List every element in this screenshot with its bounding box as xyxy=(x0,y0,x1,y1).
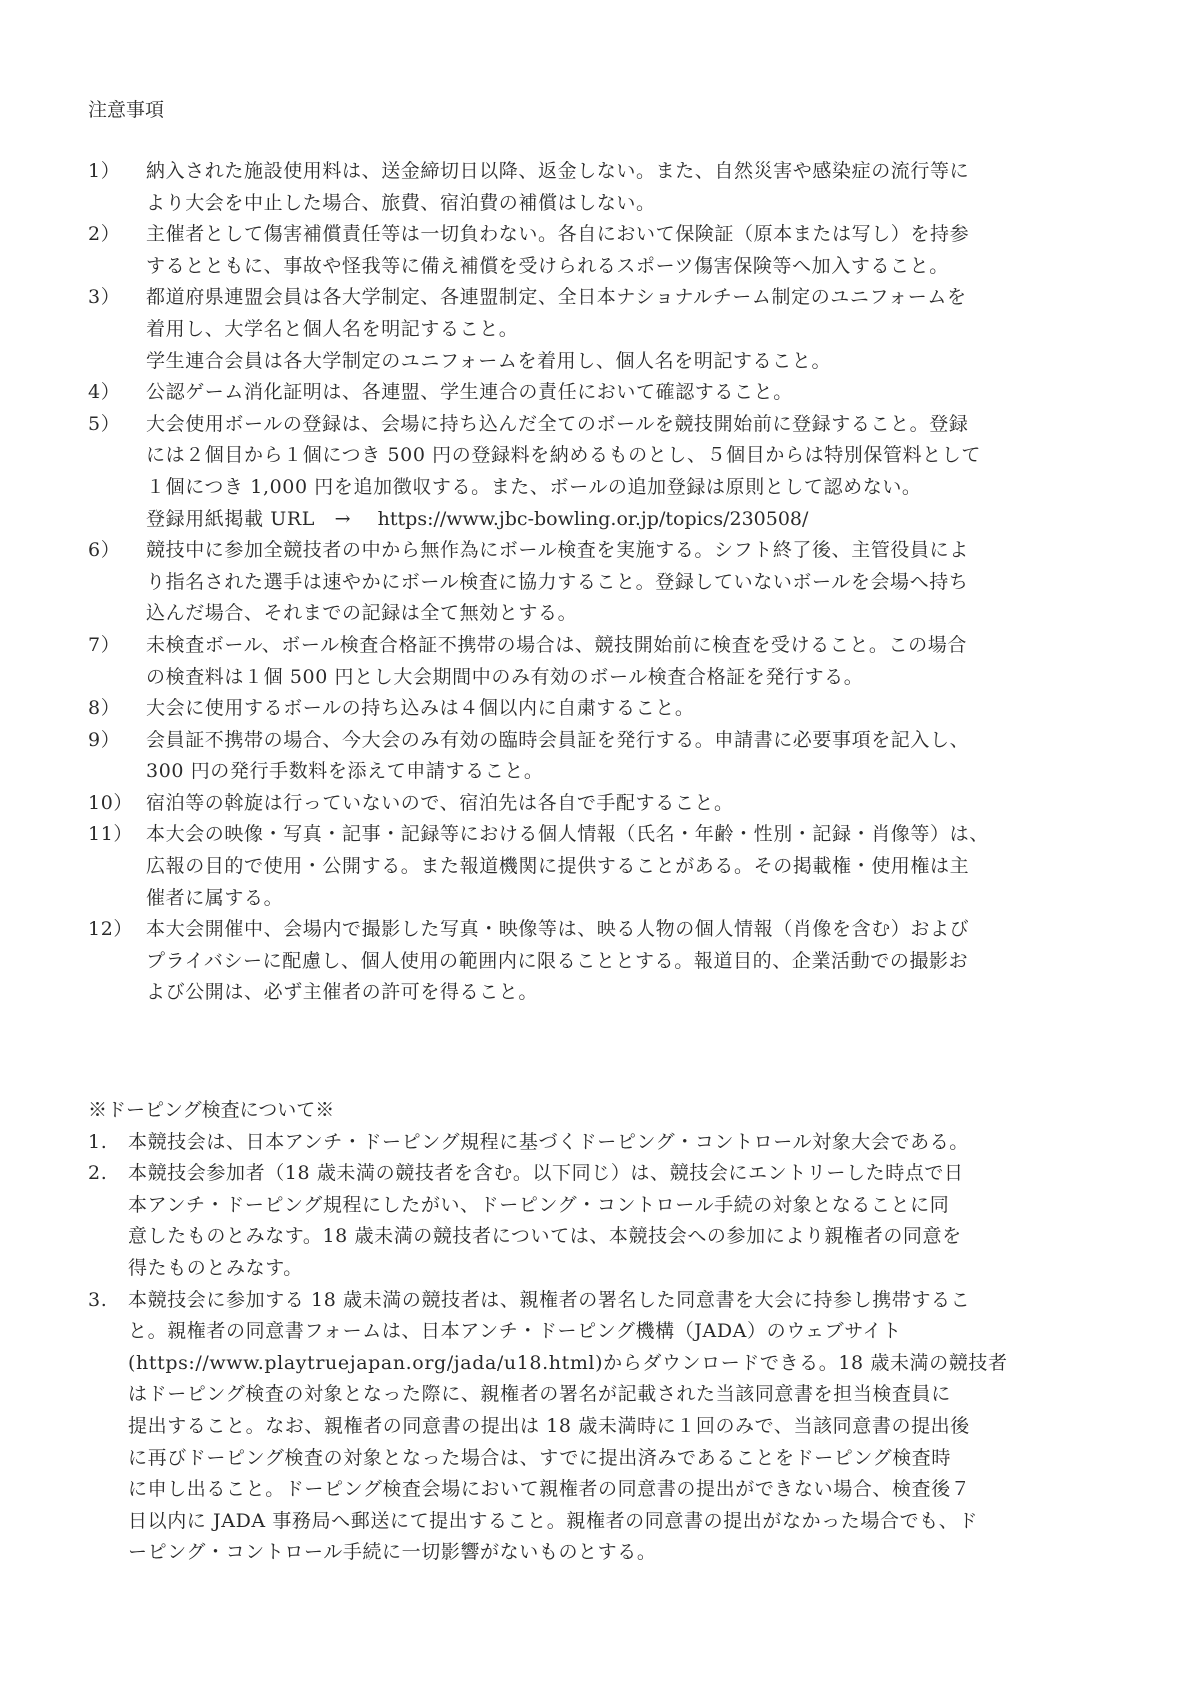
note-body: 納入された施設使用料は、送金締切日以降、返金しない。また、自然災害や感染症の流行… xyxy=(146,156,1128,219)
doping-line: に再びドーピング検査の対象となった場合は、すでに提出済みであることをドーピング検… xyxy=(128,1443,1128,1475)
doping-line: 提出すること。なお、親権者の同意書の提出は 18 歳未満時に１回のみで、当該同意… xyxy=(128,1411,1128,1443)
doping-section-title: ※ドーピング検査について※ xyxy=(88,1095,1128,1127)
note-line: よび公開は、必ず主催者の許可を得ること。 xyxy=(146,977,1128,1009)
doping-item-body: 本競技会に参加する 18 歳未満の競技者は、親権者の署名した同意書を大会に持参し… xyxy=(128,1285,1128,1569)
document-page: 注意事項 1） 納入された施設使用料は、送金締切日以降、返金しない。また、自然災… xyxy=(88,94,1128,1569)
note-number: 7） xyxy=(88,630,146,693)
note-line: り指名された選手は速やかにボール検査に協力すること。登録していないボールを会場へ… xyxy=(146,567,1128,599)
note-body: 主催者として傷害補償責任等は一切負わない。各自において保険証（原本または写し）を… xyxy=(146,219,1128,282)
note-line: 着用し、大学名と個人名を明記すること。 xyxy=(146,314,1128,346)
doping-line: 本アンチ・ドーピング規程にしたがい、ドーピング・コントロール手続の対象となること… xyxy=(128,1190,1128,1222)
notes-list: 1） 納入された施設使用料は、送金締切日以降、返金しない。また、自然災害や感染症… xyxy=(88,156,1128,1009)
note-line: 込んだ場合、それまでの記録は全て無効とする。 xyxy=(146,598,1128,630)
note-line: 学生連合会員は各大学制定のユニフォームを着用し、個人名を明記すること。 xyxy=(146,346,1128,378)
registration-url-line: 登録用紙掲載 URL → https://www.jbc-bowling.or.… xyxy=(146,504,1128,536)
note-body: 大会使用ボールの登録は、会場に持ち込んだ全てのボールを競技開始前に登録すること。… xyxy=(146,409,1128,535)
note-line: 大会使用ボールの登録は、会場に持ち込んだ全てのボールを競技開始前に登録すること。… xyxy=(146,409,1128,441)
doping-line: 本競技会は、日本アンチ・ドーピング規程に基づくドーピング・コントロール対象大会で… xyxy=(128,1127,1128,1159)
note-line: 本大会の映像・写真・記事・記録等における個人情報（氏名・年齢・性別・記録・肖像等… xyxy=(146,819,1128,851)
note-number: 9） xyxy=(88,725,146,788)
doping-item-number: 2. xyxy=(88,1158,128,1284)
note-line: １個につき 1,000 円を追加徴収する。また、ボールの追加登録は原則として認め… xyxy=(146,472,1128,504)
doping-line: 本競技会参加者（18 歳未満の競技者を含む。以下同じ）は、競技会にエントリーした… xyxy=(128,1158,1128,1190)
note-item-5: 5） 大会使用ボールの登録は、会場に持ち込んだ全てのボールを競技開始前に登録する… xyxy=(88,409,1128,535)
note-body: 本大会の映像・写真・記事・記録等における個人情報（氏名・年齢・性別・記録・肖像等… xyxy=(146,819,1128,914)
doping-item-body: 本競技会は、日本アンチ・ドーピング規程に基づくドーピング・コントロール対象大会で… xyxy=(128,1127,1128,1159)
doping-item-body: 本競技会参加者（18 歳未満の競技者を含む。以下同じ）は、競技会にエントリーした… xyxy=(128,1158,1128,1284)
doping-list: 1. 本競技会は、日本アンチ・ドーピング規程に基づくドーピング・コントロール対象… xyxy=(88,1127,1128,1569)
note-line: プライバシーに配慮し、個人使用の範囲内に限ることとする。報道目的、企業活動での撮… xyxy=(146,946,1128,978)
note-body: 大会に使用するボールの持ち込みは４個以内に自粛すること。 xyxy=(146,693,1128,725)
doping-item-1: 1. 本競技会は、日本アンチ・ドーピング規程に基づくドーピング・コントロール対象… xyxy=(88,1127,1128,1159)
doping-item-2: 2. 本競技会参加者（18 歳未満の競技者を含む。以下同じ）は、競技会にエントリ… xyxy=(88,1158,1128,1284)
note-body: 本大会開催中、会場内で撮影した写真・映像等は、映る人物の個人情報（肖像を含む）お… xyxy=(146,914,1128,1009)
jada-url-line[interactable]: (https://www.playtruejapan.org/jada/u18.… xyxy=(128,1348,1128,1380)
note-item-8: 8） 大会に使用するボールの持ち込みは４個以内に自粛すること。 xyxy=(88,693,1128,725)
note-item-4: 4） 公認ゲーム消化証明は、各連盟、学生連合の責任において確認すること。 xyxy=(88,377,1128,409)
note-line: 本大会開催中、会場内で撮影した写真・映像等は、映る人物の個人情報（肖像を含む）お… xyxy=(146,914,1128,946)
note-line: 公認ゲーム消化証明は、各連盟、学生連合の責任において確認すること。 xyxy=(146,377,1128,409)
note-line: 未検査ボール、ボール検査合格証不携帯の場合は、競技開始前に検査を受けること。この… xyxy=(146,630,1128,662)
doping-line: と。親権者の同意書フォームは、日本アンチ・ドーピング機構（JADA）のウェブサイ… xyxy=(128,1316,1128,1348)
note-line: 納入された施設使用料は、送金締切日以降、返金しない。また、自然災害や感染症の流行… xyxy=(146,156,1128,188)
doping-line: ーピング・コントロール手続に一切影響がないものとする。 xyxy=(128,1537,1128,1569)
doping-line: 得たものとみなす。 xyxy=(128,1253,1128,1285)
note-line: 広報の目的で使用・公開する。また報道機関に提供することがある。その掲載権・使用権… xyxy=(146,851,1128,883)
note-body: 未検査ボール、ボール検査合格証不携帯の場合は、競技開始前に検査を受けること。この… xyxy=(146,630,1128,693)
note-line: の検査料は１個 500 円とし大会期間中のみ有効のボール検査合格証を発行する。 xyxy=(146,662,1128,694)
doping-item-number: 3. xyxy=(88,1285,128,1569)
note-number: 5） xyxy=(88,409,146,535)
note-body: 宿泊等の斡旋は行っていないので、宿泊先は各自で手配すること。 xyxy=(146,788,1128,820)
note-number: 1） xyxy=(88,156,146,219)
note-line: には２個目から１個につき 500 円の登録料を納めるものとし、５個目からは特別保… xyxy=(146,440,1128,472)
note-line: 大会に使用するボールの持ち込みは４個以内に自粛すること。 xyxy=(146,693,1128,725)
note-item-11: 11） 本大会の映像・写真・記事・記録等における個人情報（氏名・年齢・性別・記録… xyxy=(88,819,1128,914)
doping-line: はドーピング検査の対象となった際に、親権者の署名が記載された当該同意書を担当検査… xyxy=(128,1379,1128,1411)
note-line: 競技中に参加全競技者の中から無作為にボール検査を実施する。シフト終了後、主管役員… xyxy=(146,535,1128,567)
note-number: 3） xyxy=(88,282,146,377)
note-number: 11） xyxy=(88,819,146,914)
note-line: 会員証不携帯の場合、今大会のみ有効の臨時会員証を発行する。申請書に必要事項を記入… xyxy=(146,725,1128,757)
note-item-7: 7） 未検査ボール、ボール検査合格証不携帯の場合は、競技開始前に検査を受けること… xyxy=(88,630,1128,693)
note-number: 12） xyxy=(88,914,146,1009)
note-number: 10） xyxy=(88,788,146,820)
doping-item-number: 1. xyxy=(88,1127,128,1159)
doping-line: 日以内に JADA 事務局へ郵送にて提出すること。親権者の同意書の提出がなかった… xyxy=(128,1506,1128,1538)
note-item-2: 2） 主催者として傷害補償責任等は一切負わない。各自において保険証（原本または写… xyxy=(88,219,1128,282)
note-line: 宿泊等の斡旋は行っていないので、宿泊先は各自で手配すること。 xyxy=(146,788,1128,820)
note-line: 都道府県連盟会員は各大学制定、各連盟制定、全日本ナショナルチーム制定のユニフォー… xyxy=(146,282,1128,314)
note-item-9: 9） 会員証不携帯の場合、今大会のみ有効の臨時会員証を発行する。申請書に必要事項… xyxy=(88,725,1128,788)
section-spacer xyxy=(88,1009,1128,1095)
note-line: 主催者として傷害補償責任等は一切負わない。各自において保険証（原本または写し）を… xyxy=(146,219,1128,251)
note-item-3: 3） 都道府県連盟会員は各大学制定、各連盟制定、全日本ナショナルチーム制定のユニ… xyxy=(88,282,1128,377)
note-number: 2） xyxy=(88,219,146,282)
doping-item-3: 3. 本競技会に参加する 18 歳未満の競技者は、親権者の署名した同意書を大会に… xyxy=(88,1285,1128,1569)
note-number: 6） xyxy=(88,535,146,630)
doping-line: 意したものとみなす。18 歳未満の競技者については、本競技会への参加により親権者… xyxy=(128,1221,1128,1253)
note-line: 300 円の発行手数料を添えて申請すること。 xyxy=(146,756,1128,788)
registration-url-label: 登録用紙掲載 URL → xyxy=(146,508,351,530)
note-item-10: 10） 宿泊等の斡旋は行っていないので、宿泊先は各自で手配すること。 xyxy=(88,788,1128,820)
note-item-12: 12） 本大会開催中、会場内で撮影した写真・映像等は、映る人物の個人情報（肖像を… xyxy=(88,914,1128,1009)
note-number: 4） xyxy=(88,377,146,409)
note-body: 都道府県連盟会員は各大学制定、各連盟制定、全日本ナショナルチーム制定のユニフォー… xyxy=(146,282,1128,377)
note-number: 8） xyxy=(88,693,146,725)
doping-line: に申し出ること。ドーピング検査会場において親権者の同意書の提出ができない場合、検… xyxy=(128,1474,1128,1506)
notes-title: 注意事項 xyxy=(88,94,1128,126)
doping-line: 本競技会に参加する 18 歳未満の競技者は、親権者の署名した同意書を大会に持参し… xyxy=(128,1285,1128,1317)
note-line: より大会を中止した場合、旅費、宿泊費の補償はしない。 xyxy=(146,188,1128,220)
note-line: するとともに、事故や怪我等に備え補償を受けられるスポーツ傷害保険等へ加入すること… xyxy=(146,251,1128,283)
note-line: 催者に属する。 xyxy=(146,883,1128,915)
registration-url-link[interactable]: https://www.jbc-bowling.or.jp/topics/230… xyxy=(378,508,809,530)
note-item-6: 6） 競技中に参加全競技者の中から無作為にボール検査を実施する。シフト終了後、主… xyxy=(88,535,1128,630)
note-body: 競技中に参加全競技者の中から無作為にボール検査を実施する。シフト終了後、主管役員… xyxy=(146,535,1128,630)
note-body: 公認ゲーム消化証明は、各連盟、学生連合の責任において確認すること。 xyxy=(146,377,1128,409)
note-body: 会員証不携帯の場合、今大会のみ有効の臨時会員証を発行する。申請書に必要事項を記入… xyxy=(146,725,1128,788)
note-item-1: 1） 納入された施設使用料は、送金締切日以降、返金しない。また、自然災害や感染症… xyxy=(88,156,1128,219)
